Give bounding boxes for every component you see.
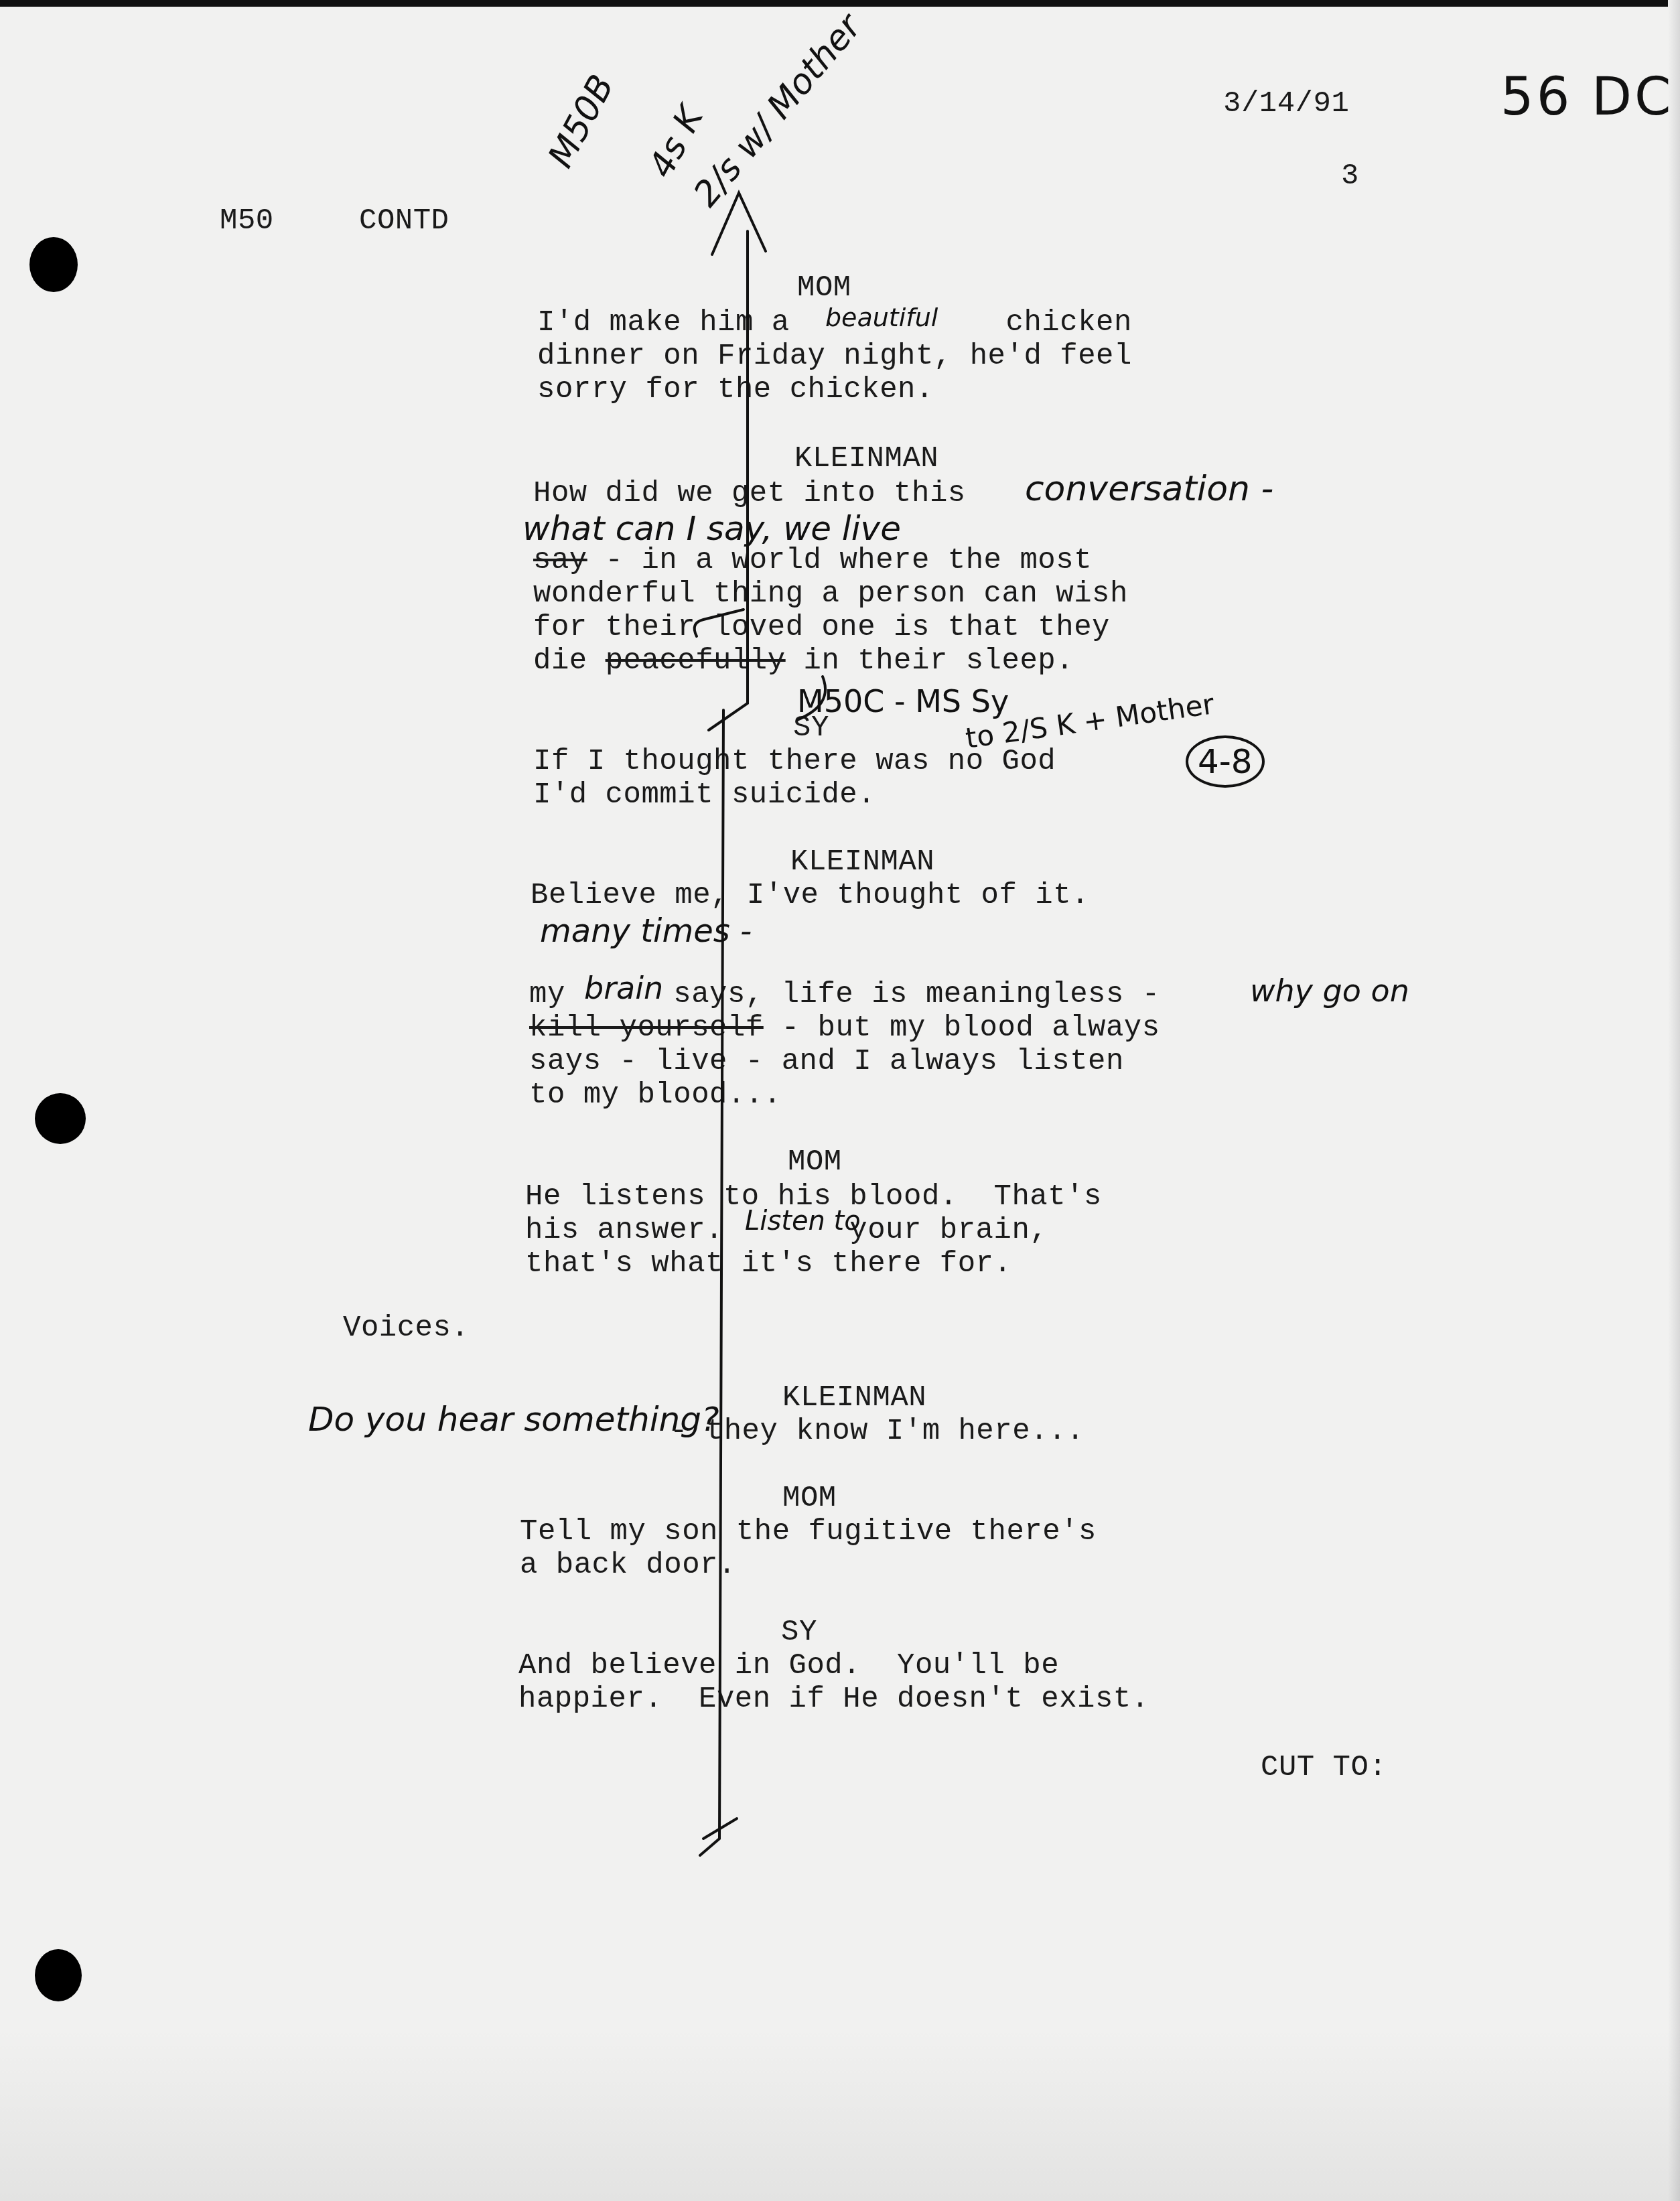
coverage-line-m50c [700, 710, 723, 1855]
arrow-head-up-icon [712, 193, 766, 255]
handwritten-coverage-lines [0, 0, 1680, 2201]
coverage-line-m50b [709, 231, 748, 730]
